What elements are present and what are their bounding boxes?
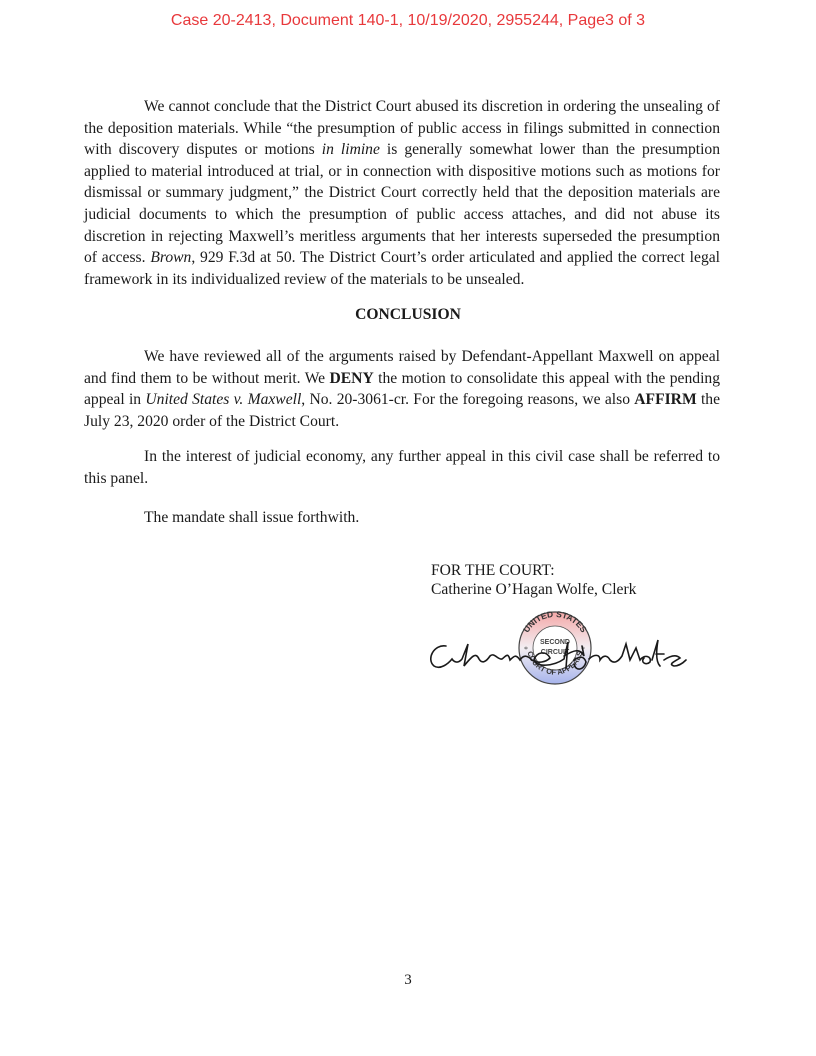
paragraph-judicial-economy: In the interest of judicial economy, any…	[84, 446, 720, 489]
text-run: is generally somewhat lower than the pre…	[84, 141, 720, 266]
text-run: The mandate shall issue forthwith.	[84, 507, 720, 529]
clerk-signature-with-seal: UNITED STATES COURT OF APPEALS SECOND CI…	[424, 604, 694, 694]
italic-term: in limine	[322, 141, 380, 158]
svg-text:*: *	[524, 645, 528, 654]
paragraph-unsealing: We cannot conclude that the District Cou…	[84, 96, 720, 290]
case-citation: United States v. Maxwell	[145, 391, 301, 408]
clerk-name: Catherine O’Hagan Wolfe, Clerk	[431, 581, 636, 600]
paragraph-conclusion: We have reviewed all of the arguments ra…	[84, 346, 720, 432]
court-seal-icon: UNITED STATES COURT OF APPEALS SECOND CI…	[519, 609, 591, 684]
text-run: , No. 20-3061-cr. For the foregoing reas…	[301, 391, 634, 408]
docket-stamp: Case 20-2413, Document 140-1, 10/19/2020…	[0, 12, 816, 30]
svg-text:SECOND: SECOND	[540, 639, 570, 646]
case-citation: Brown	[150, 249, 191, 266]
ruling-affirm: AFFIRM	[634, 391, 696, 408]
signature-block: FOR THE COURT: Catherine O’Hagan Wolfe, …	[431, 562, 636, 599]
for-the-court-label: FOR THE COURT:	[431, 562, 636, 581]
paragraph-mandate: The mandate shall issue forthwith.	[84, 507, 720, 529]
section-heading: CONCLUSION	[0, 306, 816, 324]
page-number: 3	[0, 972, 816, 989]
ruling-deny: DENY	[330, 370, 374, 387]
text-run: In the interest of judicial economy, any…	[84, 446, 720, 489]
